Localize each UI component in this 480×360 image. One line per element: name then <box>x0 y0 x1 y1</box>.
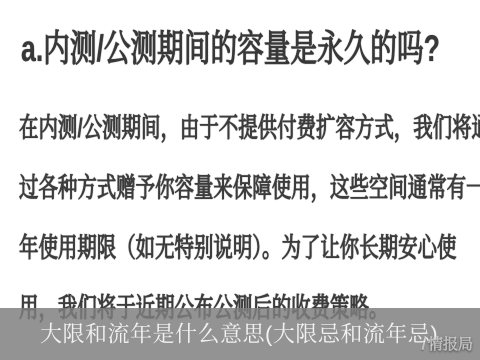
question-title: a.内测/公测期间的容量是永久的吗? <box>21 18 440 72</box>
answer-line-1: 在内测/公测期间，由于不提供付费扩容方式，我们将通 <box>19 98 350 158</box>
watermark-logo-icon <box>421 337 426 350</box>
watermark: 情报局 <box>423 333 473 354</box>
caption-overlay-bar: 大限和流年是什么意思(大限忌和流年忌) 情报局 <box>0 308 480 360</box>
caption-title: 大限和流年是什么意思(大限忌和流年忌) <box>40 317 438 348</box>
watermark-text: 情报局 <box>428 333 473 354</box>
answer-line-2: 过各种方式赠予你容量来保障使用，这些空间通常有一 <box>19 158 350 218</box>
faq-article-image: a.内测/公测期间的容量是永久的吗? 在内测/公测期间，由于不提供付费扩容方式，… <box>0 0 480 360</box>
answer-paragraph: 在内测/公测期间，由于不提供付费扩容方式，我们将通 过各种方式赠予你容量来保障使… <box>19 98 479 338</box>
answer-line-3: 年使用期限（如无特别说明）。为了让你长期安心使 <box>19 218 350 278</box>
